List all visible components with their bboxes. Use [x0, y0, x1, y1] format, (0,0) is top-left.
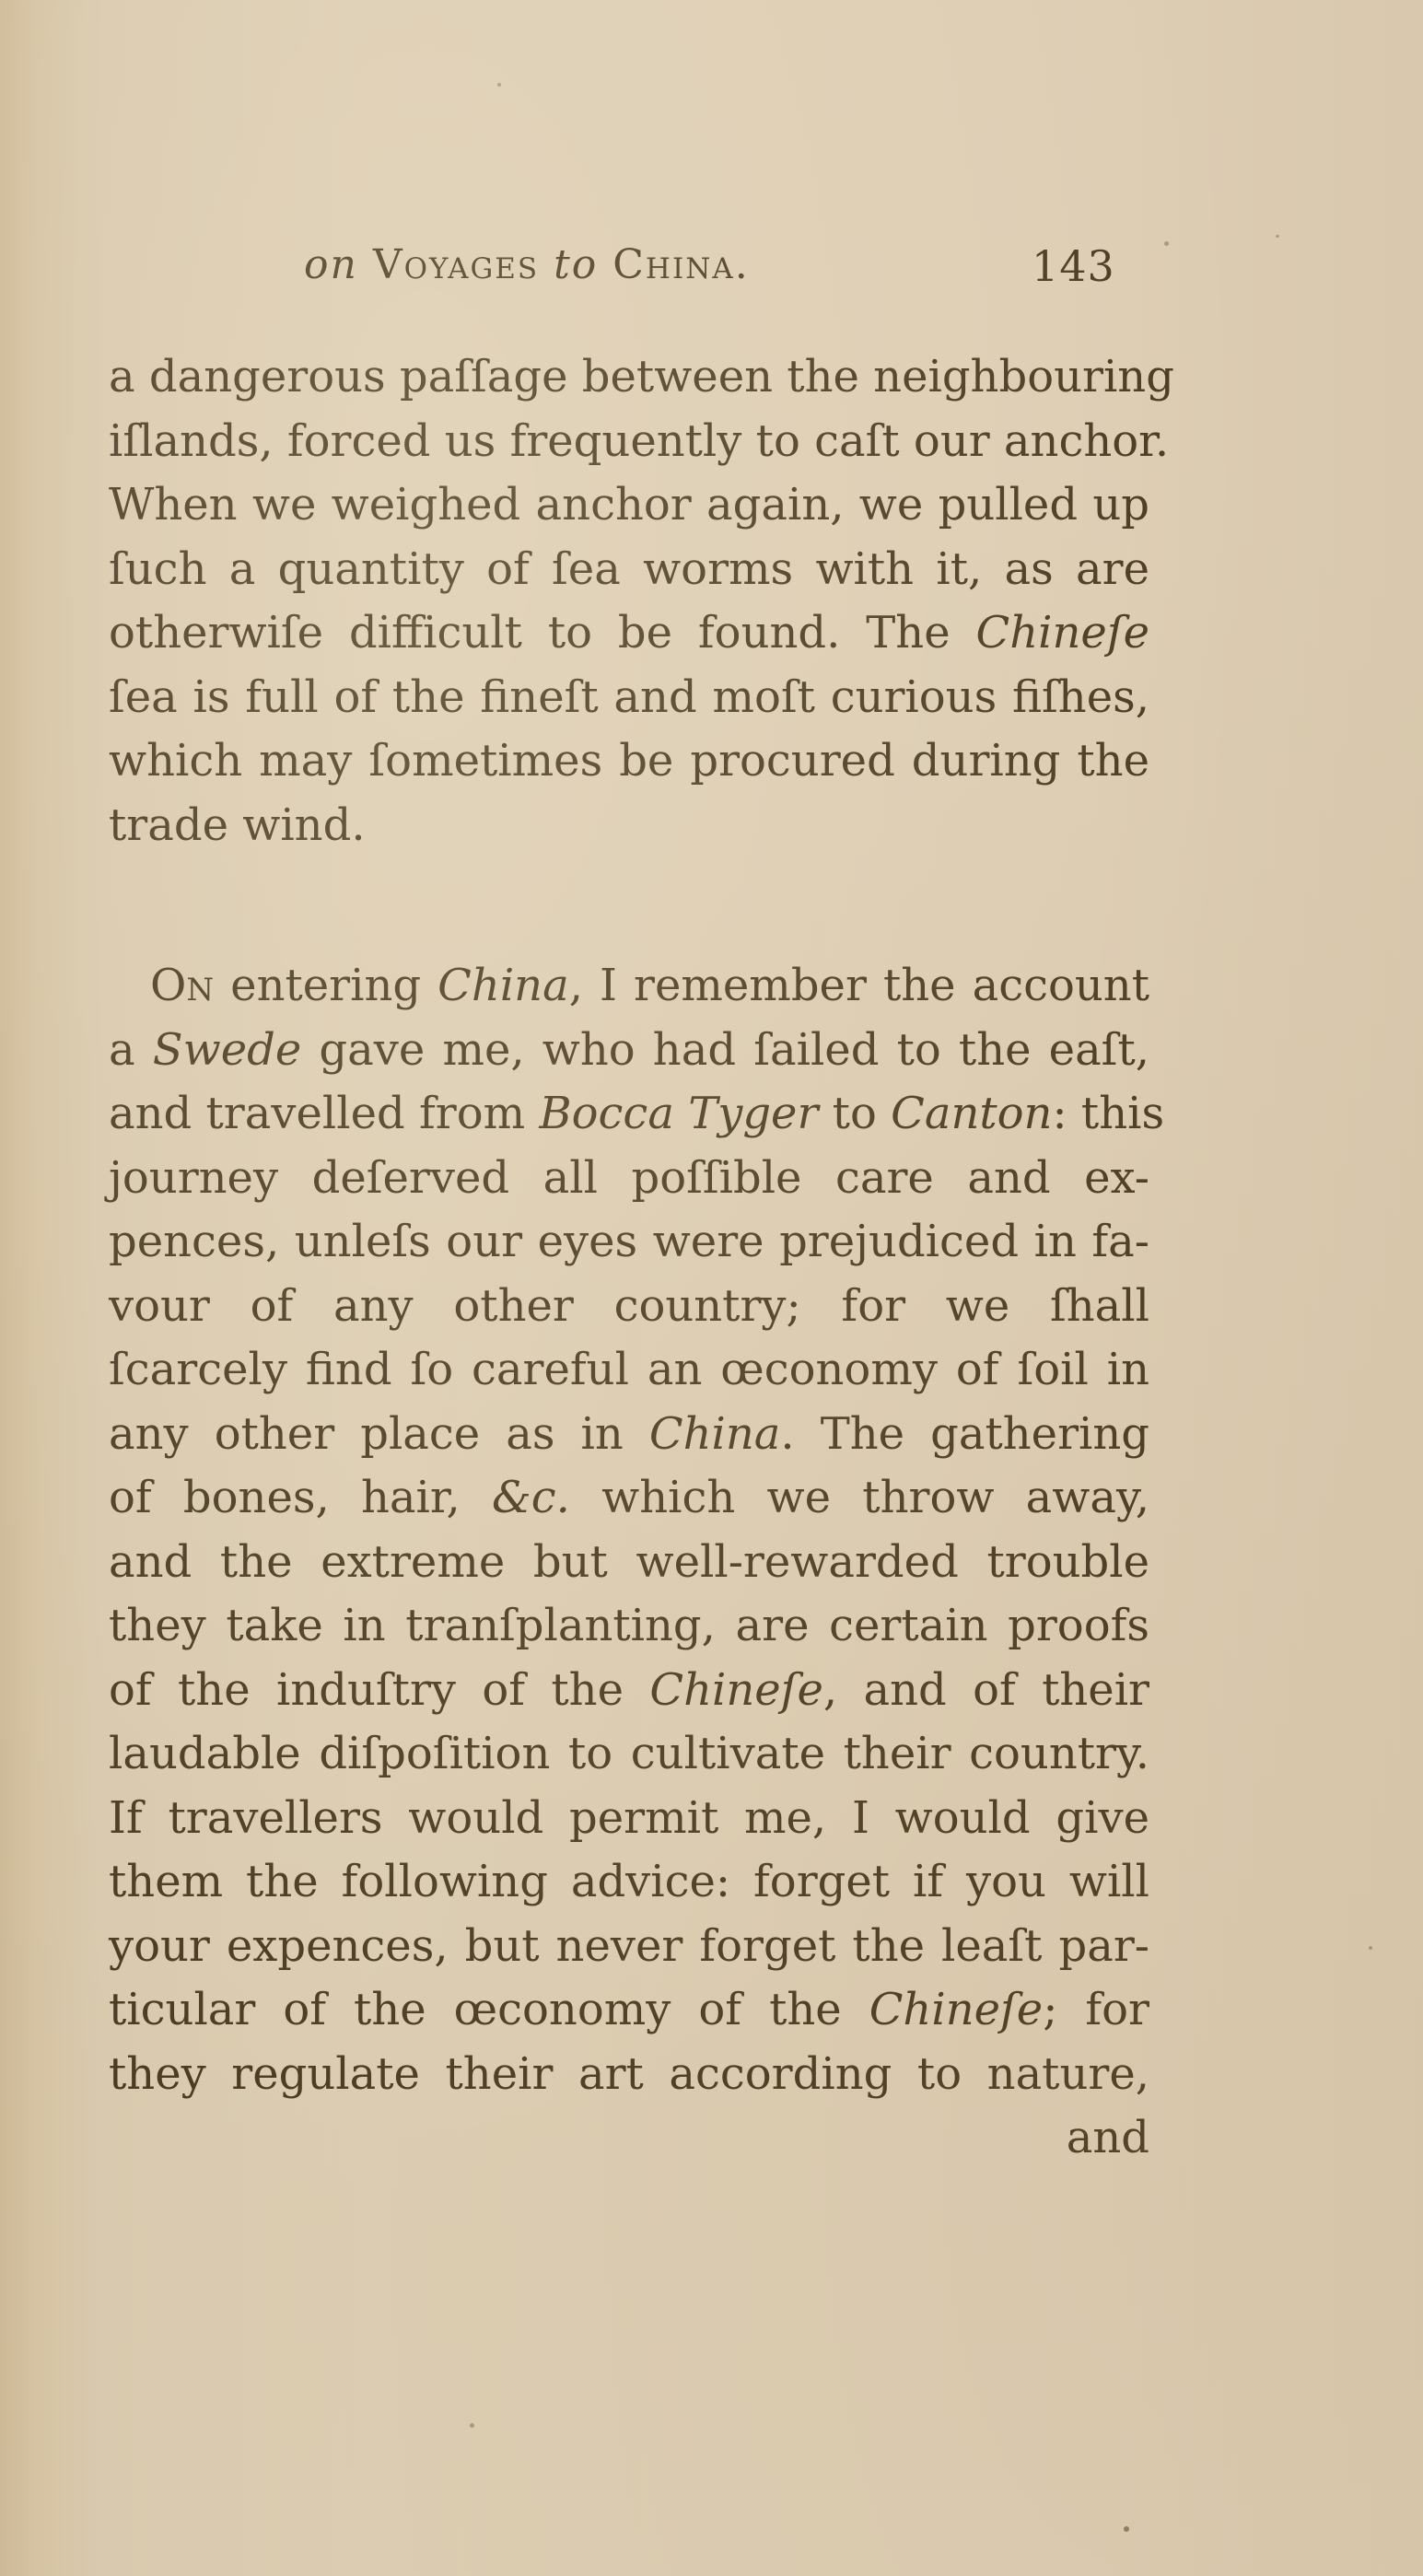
text-line: journey deſerved all poſſible care and e… [109, 1147, 1149, 1211]
text-segment: ſuch a quantity of ſea worms with it, as… [109, 543, 1149, 595]
italic-text: China [649, 1408, 781, 1460]
text-line: a dangerous paſſage between the neighbou… [109, 345, 1149, 410]
text-segment: they regulate their art according to nat… [109, 2048, 1149, 2100]
italic-text: Chineſe [649, 1664, 822, 1716]
running-head-prefix: on [304, 241, 358, 288]
running-head: on Voyages to China. 143 [304, 241, 1161, 315]
text-segment: which may ſometimes be procured during t… [109, 735, 1149, 787]
text-line: If travellers would permit me, I would g… [109, 1787, 1149, 1851]
italic-text: China [437, 960, 569, 1011]
text-line: which may ſometimes be procured during t… [109, 729, 1149, 794]
text-line: and the extreme but well-rewarded troubl… [109, 1531, 1149, 1595]
text-segment: gave me, who had ſailed to the eaſt, [301, 1024, 1149, 1076]
text-segment: journey deſerved all poſſible care and e… [109, 1152, 1149, 1204]
running-head-title: on Voyages to China. [304, 241, 750, 288]
text-line: ſuch a quantity of ſea worms with it, as… [109, 538, 1149, 602]
text-line: they regulate their art according to nat… [109, 2043, 1149, 2107]
text-segment: ſcarcely find ſo careful an œconomy of ſ… [109, 1344, 1149, 1395]
text-segment: , I remember the account [569, 960, 1149, 1011]
catchword-line: and [109, 2106, 1149, 2171]
text-segment: If travellers would permit me, I would g… [109, 1792, 1149, 1844]
text-segment: they take in tranſplanting, are certain … [109, 1600, 1149, 1651]
italic-text: Chineſe [976, 607, 1149, 659]
text-segment: ; for [1043, 1984, 1149, 2035]
text-line: a Swede gave me, who had ſailed to the e… [109, 1019, 1149, 1083]
text-segment: and the extreme but well-rewarded troubl… [109, 1536, 1149, 1588]
text-line: any other place as in China. The gatheri… [109, 1403, 1149, 1467]
italic-text: Chineſe [869, 1984, 1043, 2035]
text-segment: entering [214, 960, 437, 1011]
italic-text: Bocca Tyger [539, 1088, 818, 1139]
text-segment: of the induſtry of the [109, 1664, 649, 1716]
text-line: ticular of the œconomy of the Chineſe; f… [109, 1978, 1149, 2043]
text-line: and travelled from Bocca Tyger to Canton… [109, 1082, 1149, 1147]
italic-text: Canton [891, 1088, 1052, 1139]
paragraph-1: a dangerous paſſage between the neighbou… [109, 345, 1149, 857]
text-line: iſlands, forced us frequently to caſt ou… [109, 410, 1149, 474]
text-segment: , and of their [823, 1664, 1149, 1716]
text-segment: ſea is full of the fineſt and moſt curio… [109, 671, 1149, 723]
text-segment: When we weighed anchor again, we pulled … [109, 479, 1149, 530]
text-segment: laudable diſpoſition to cultivate their … [109, 1728, 1149, 1779]
text-line: your expences, but never forget the leaſ… [109, 1915, 1149, 1979]
paper-speck [1369, 1946, 1372, 1950]
small-caps-text: On [150, 960, 214, 1011]
text-line: When we weighed anchor again, we pulled … [109, 473, 1149, 538]
italic-text: &c. [492, 1472, 570, 1523]
text-segment: trade wind. [109, 799, 366, 851]
text-segment: which we throw away, [570, 1472, 1149, 1523]
text-segment: ticular of the œconomy of the [109, 1984, 869, 2035]
text-segment: : this [1052, 1088, 1164, 1139]
paper-speck [1276, 235, 1279, 238]
paper-speck [497, 83, 501, 87]
text-segment: and travelled from [109, 1088, 539, 1139]
text-segment: of bones, hair, [109, 1472, 492, 1523]
text-line: trade wind. [109, 794, 1149, 858]
text-segment: a dangerous paſſage between the neighbou… [109, 351, 1174, 402]
text-line: they take in tranſplanting, are certain … [109, 1594, 1149, 1659]
running-head-connector: to [554, 241, 598, 288]
text-segment: pences, unleſs our eyes were prejudiced … [109, 1216, 1149, 1267]
text-line: laudable diſpoſition to cultivate their … [109, 1722, 1149, 1787]
text-line: of the induſtry of the Chineſe, and of t… [109, 1659, 1149, 1723]
page-number: 143 [1032, 241, 1115, 291]
text-segment: vour of any other country; for we ſhall [109, 1280, 1149, 1332]
text-segment: any other place as in [109, 1408, 649, 1460]
text-segment: your expences, but never forget the leaſ… [109, 1920, 1149, 1972]
text-segment: them the following advice: forget if you… [109, 1856, 1149, 1907]
text-line: pences, unleſs our eyes were prejudiced … [109, 1210, 1149, 1275]
text-line: of bones, hair, &c. which we throw away, [109, 1466, 1149, 1531]
paragraph-gap [109, 857, 1149, 954]
text-segment: to [818, 1088, 891, 1139]
text-line: On entering China, I remember the accoun… [109, 954, 1149, 1019]
text-line: otherwiſe difficult to be found. The Chi… [109, 601, 1149, 666]
text-segment: otherwiſe difficult to be found. The [109, 607, 976, 659]
catchword: and [1067, 2112, 1149, 2163]
book-page: on Voyages to China. 143 a dangerous paſ… [0, 0, 1423, 2576]
text-segment: a [109, 1024, 153, 1076]
running-head-title-end: China. [612, 241, 749, 288]
text-line: them the following advice: forget if you… [109, 1850, 1149, 1915]
text-line: ſea is full of the fineſt and moſt curio… [109, 666, 1149, 730]
italic-text: Swede [153, 1024, 302, 1076]
text-segment: iſlands, forced us frequently to caſt ou… [109, 415, 1169, 467]
paragraph-2: On entering China, I remember the accoun… [109, 954, 1149, 2106]
body-text: a dangerous paſſage between the neighbou… [109, 345, 1149, 2171]
text-line: ſcarcely find ſo careful an œconomy of ſ… [109, 1338, 1149, 1403]
running-head-title-main: Voyages [373, 241, 539, 288]
paper-speck [1164, 241, 1169, 246]
paper-speck [470, 2423, 474, 2428]
text-segment: . The gathering [780, 1408, 1149, 1460]
text-line: vour of any other country; for we ſhall [109, 1275, 1149, 1339]
paper-speck [1124, 2526, 1129, 2532]
